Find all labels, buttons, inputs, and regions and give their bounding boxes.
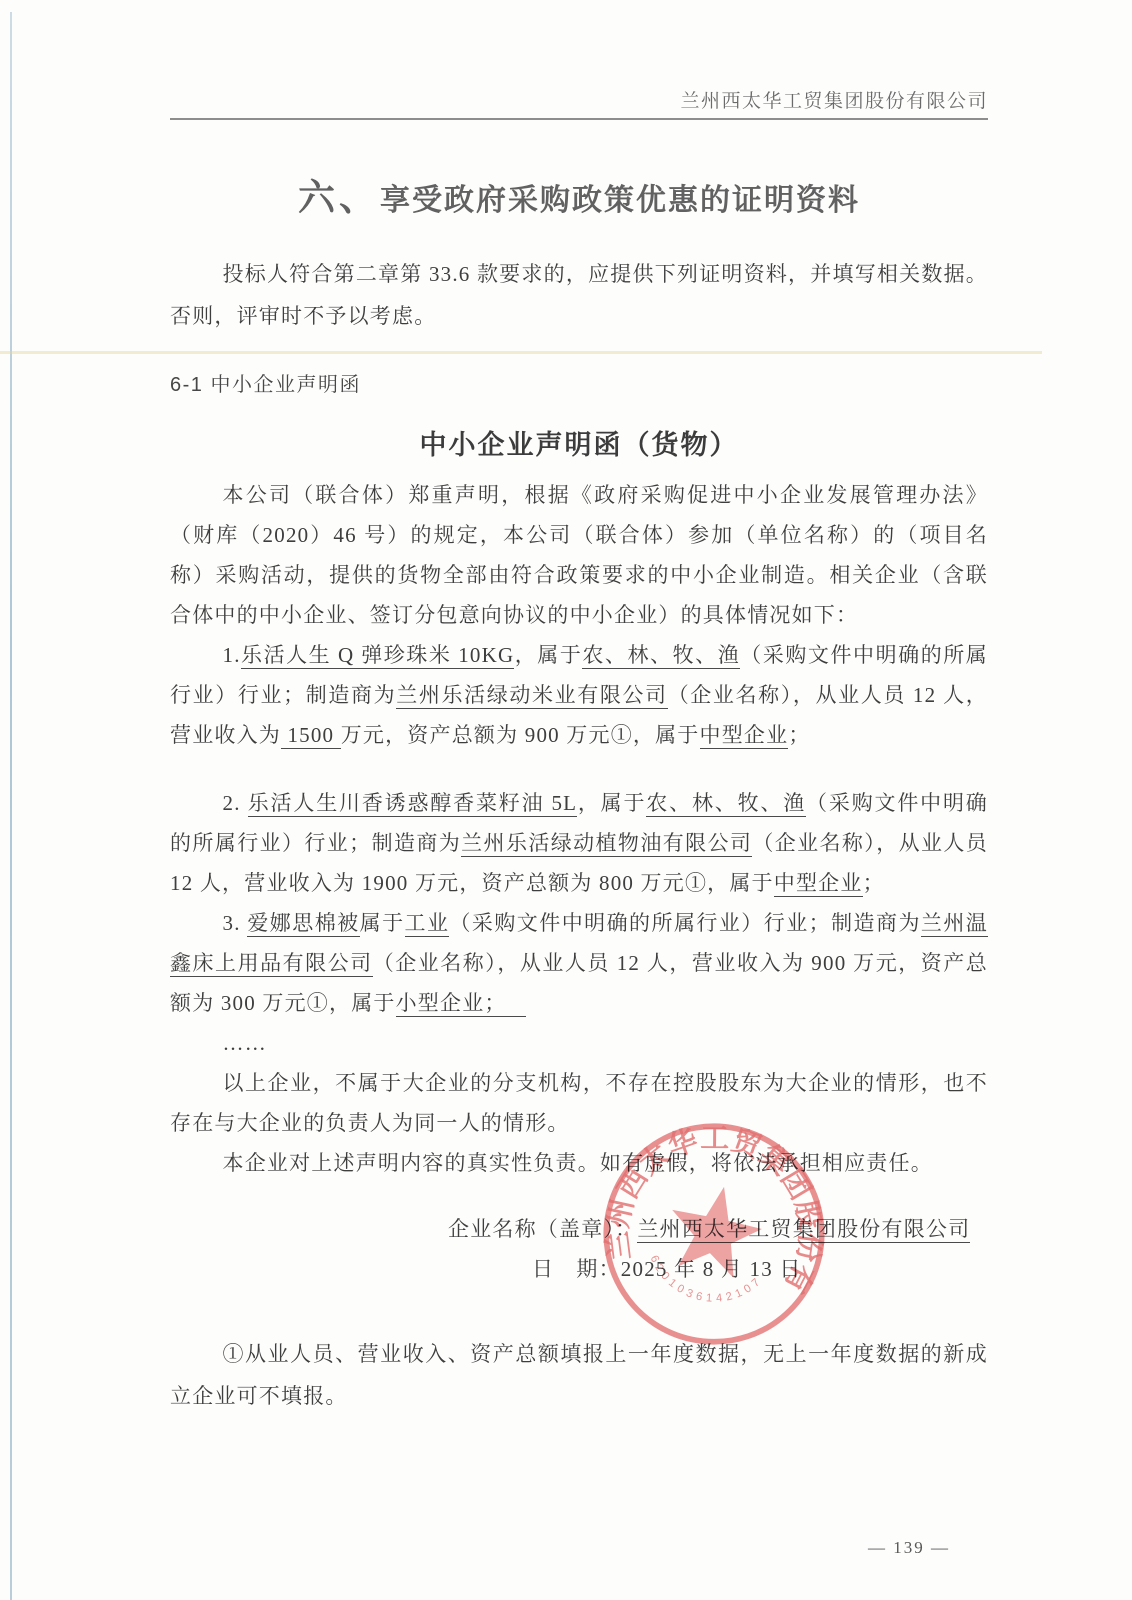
document-page: 兰州西太华工贸集团股份有限公司 六、享受政府采购政策优惠的证明资料 投标人符合第… <box>0 0 1132 1600</box>
seal-star-icon <box>661 1177 769 1281</box>
header-company-name: 兰州西太华工贸集团股份有限公司 <box>170 0 988 113</box>
page-content: 兰州西太华工贸集团股份有限公司 六、享受政府采购政策优惠的证明资料 投标人符合第… <box>170 0 988 1438</box>
item-3-paragraph: 3. 爱娜思棉被属于工业（采购文件中明确的所属行业）行业；制造商为兰州温鑫床上用… <box>170 903 988 1023</box>
footnote-paragraph: ①从业人员、营业收入、资产总额填报上一年度数据，无上一年度数据的新成立企业可不填… <box>170 1333 988 1417</box>
item-2-paragraph: 2. 乐活人生川香诱惑醇香菜籽油 5L，属于农、林、牧、渔（采购文件中明确的所属… <box>170 783 988 903</box>
closing-paragraph-1: 以上企业，不属于大企业的分支机构，不存在控股股东为大企业的情形，也不存在与大企业… <box>170 1063 988 1143</box>
page-number: — 139 — <box>868 1538 950 1558</box>
section-title-number: 六、 <box>298 177 380 218</box>
signature-block: 企业名称（盖章）：兰州西太华工贸集团股份有限公司 日 期：2025 年 8 月 … <box>170 1209 988 1289</box>
declaration-paragraph: 本公司（联合体）郑重声明，根据《政府采购促进中小企业发展管理办法》（财库（202… <box>170 475 988 635</box>
closing-paragraph-2: 本企业对上述声明内容的真实性负责。如有虚假，将依法承担相应责任。 <box>170 1143 988 1183</box>
signature-date-line: 日 期：2025 年 8 月 13 日 <box>170 1249 988 1289</box>
seal-serial-number: 6201036142107 <box>641 1252 766 1316</box>
header-rule <box>170 118 988 120</box>
ellipsis-line: …… <box>170 1023 988 1063</box>
item-1-paragraph: 1.乐活人生 Q 弹珍珠米 10KG，属于农、林、牧、渔（采购文件中明确的所属行… <box>170 635 988 755</box>
company-seal-stamp: 兰州西太华工贸集团股份有限公司 6201036142107 <box>574 1094 854 1374</box>
section-title: 六、享受政府采购政策优惠的证明资料 <box>170 176 988 223</box>
intro-paragraph: 投标人符合第二章第 33.6 款要求的，应提供下列证明资料，并填写相关数据。否则… <box>170 253 988 337</box>
letter-title: 中小企业声明函（货物） <box>170 423 988 467</box>
subsection-label: 6-1 中小企业声明函 <box>170 365 988 405</box>
signature-company-line: 企业名称（盖章）：兰州西太华工贸集团股份有限公司 <box>170 1209 988 1249</box>
scan-edge-line <box>10 12 12 1600</box>
paragraph-gap <box>170 755 988 783</box>
section-title-text: 享受政府采购政策优惠的证明资料 <box>380 184 860 217</box>
